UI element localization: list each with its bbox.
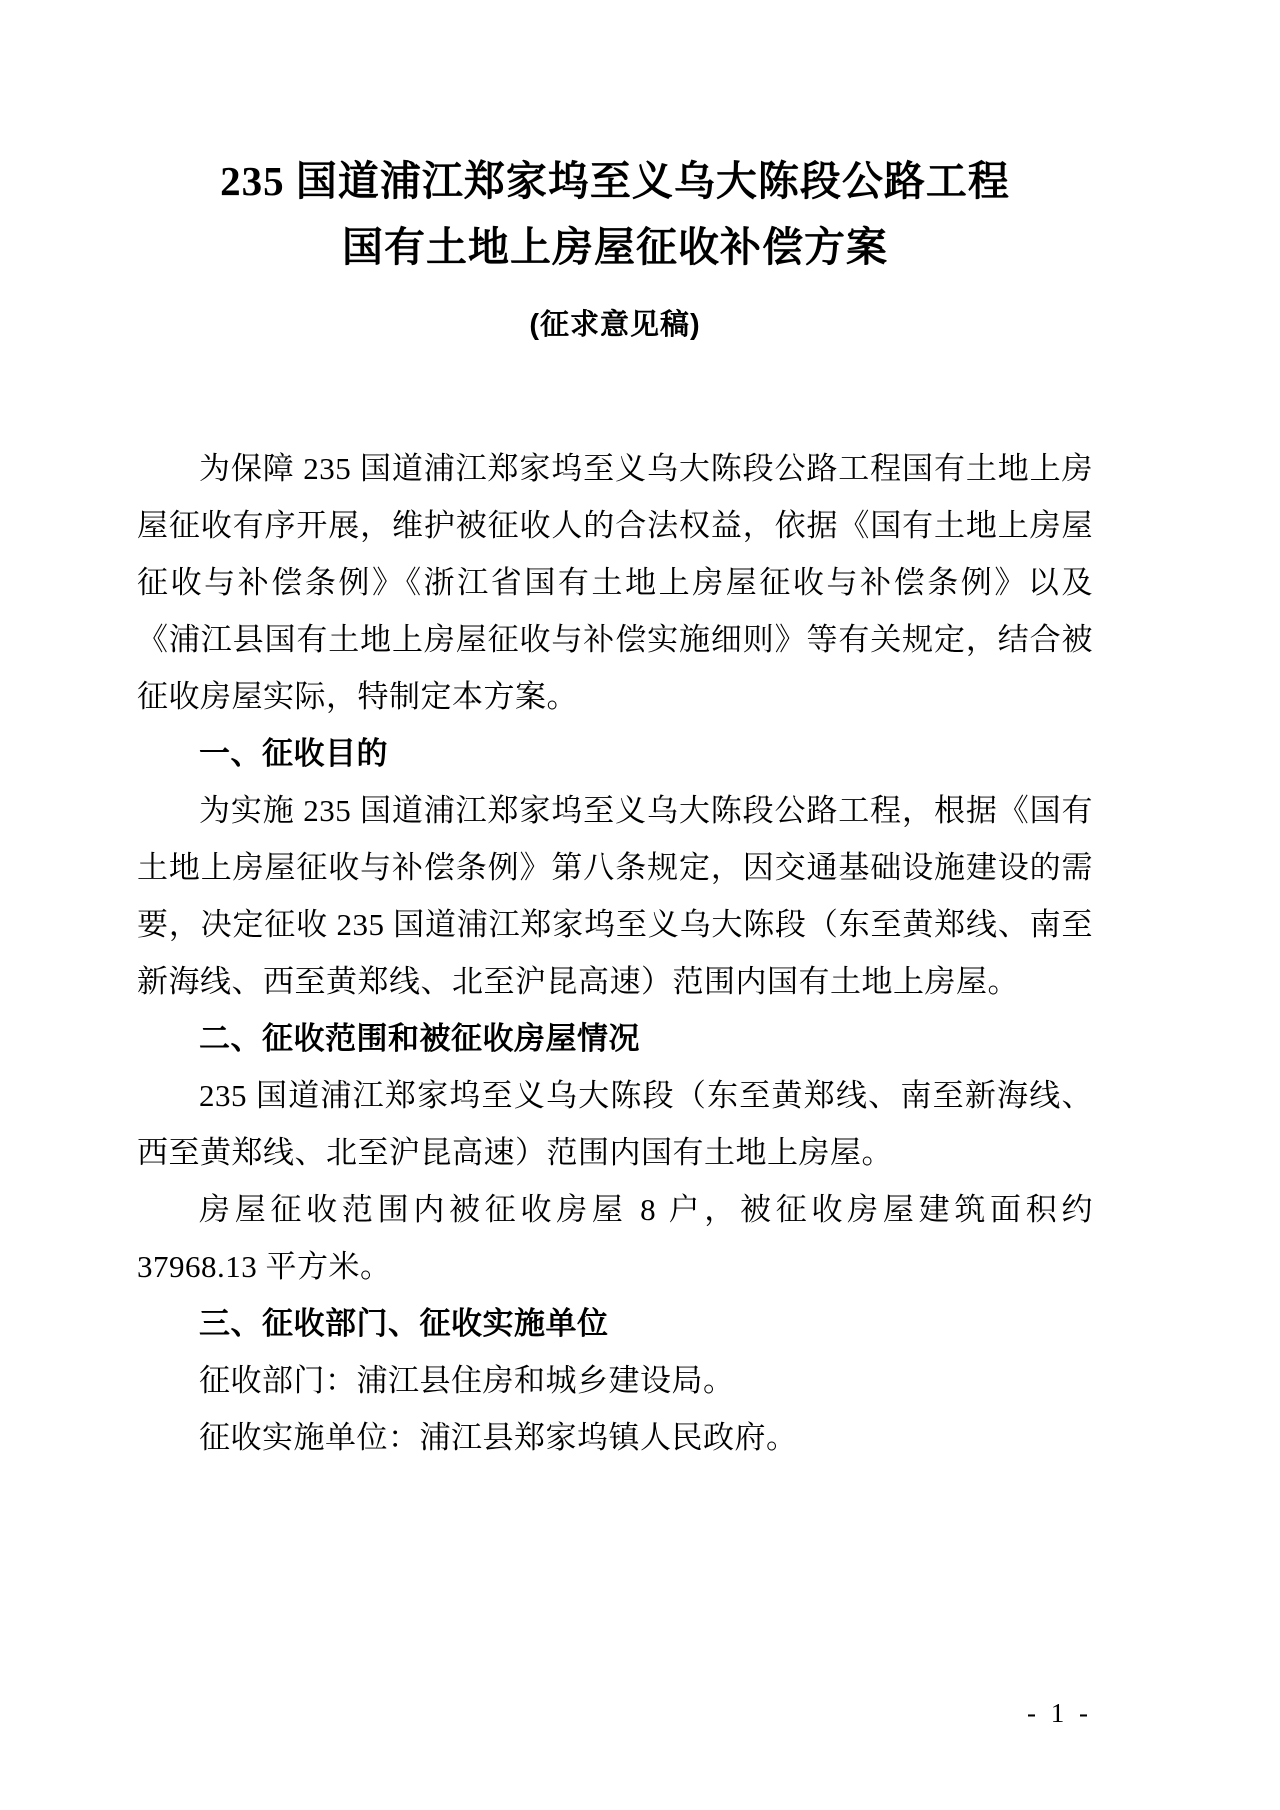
intro-paragraph: 为保障 235 国道浦江郑家坞至义乌大陈段公路工程国有土地上房屋征收有序开展，维… xyxy=(137,440,1093,725)
section-2-heading: 二、征收范围和被征收房屋情况 xyxy=(137,1010,1093,1067)
section-3-line-implementing-unit: 征收实施单位：浦江县郑家坞镇人民政府。 xyxy=(137,1409,1093,1466)
page-number: - 1 - xyxy=(1027,1693,1092,1733)
document-content: 235 国道浦江郑家坞至义乌大陈段公路工程 国有土地上房屋征收补偿方案 (征求意… xyxy=(137,0,1093,1466)
section-3-heading: 三、征收部门、征收实施单位 xyxy=(137,1295,1093,1352)
document-subtitle: (征求意见稿) xyxy=(137,304,1093,346)
section-3-line-department: 征收部门：浦江县住房和城乡建设局。 xyxy=(137,1352,1093,1409)
section-2-paragraph-scope: 235 国道浦江郑家坞至义乌大陈段（东至黄郑线、南至新海线、西至黄郑线、北至沪昆… xyxy=(137,1067,1093,1181)
document-title-line2: 国有土地上房屋征收补偿方案 xyxy=(137,214,1093,280)
document-title-line1: 235 国道浦江郑家坞至义乌大陈段公路工程 xyxy=(137,148,1093,214)
section-1-heading: 一、征收目的 xyxy=(137,725,1093,782)
document-body: 为保障 235 国道浦江郑家坞至义乌大陈段公路工程国有土地上房屋征收有序开展，维… xyxy=(137,440,1093,1466)
section-2-paragraph-area: 房屋征收范围内被征收房屋 8 户，被征收房屋建筑面积约 37968.13 平方米… xyxy=(137,1181,1093,1295)
section-1-paragraph: 为实施 235 国道浦江郑家坞至义乌大陈段公路工程，根据《国有土地上房屋征收与补… xyxy=(137,782,1093,1010)
document-page: 235 国道浦江郑家坞至义乌大陈段公路工程 国有土地上房屋征收补偿方案 (征求意… xyxy=(0,0,1280,1810)
